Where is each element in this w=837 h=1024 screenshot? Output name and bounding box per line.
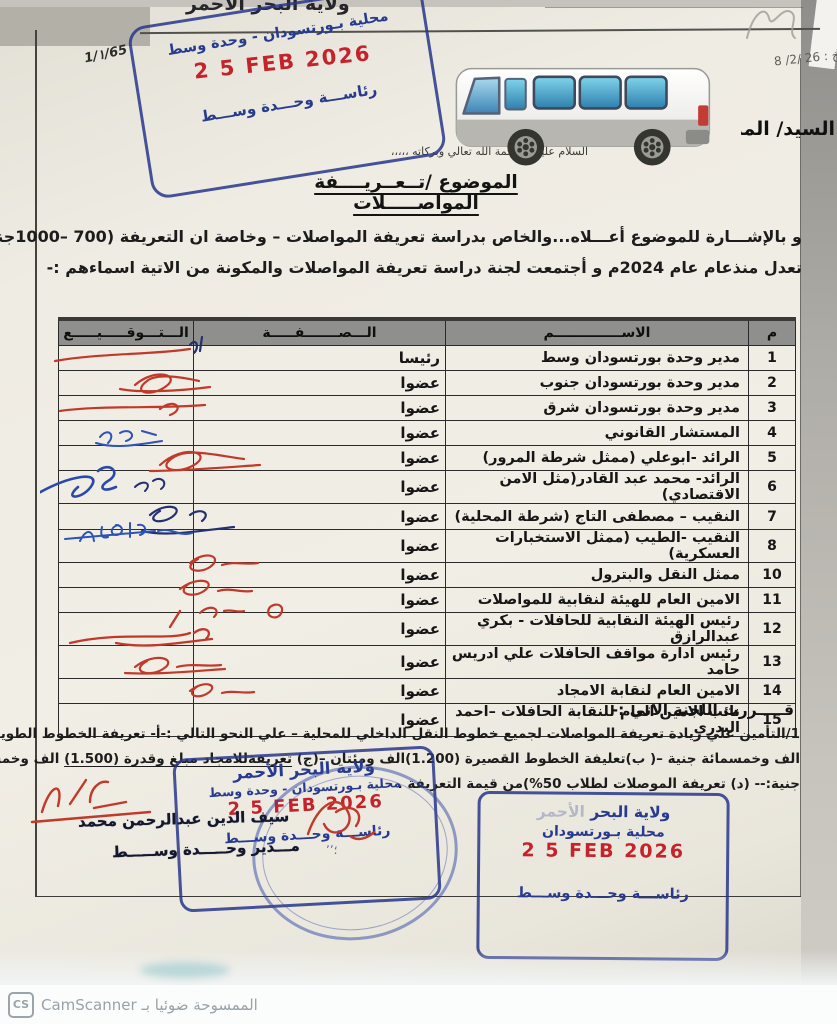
pencil-scribble xyxy=(735,0,811,48)
minibus-icon xyxy=(436,48,742,177)
body-paragraph: و بالإشـــارة للموضوع أعـــلاه...والخاص … xyxy=(42,221,802,283)
camscanner-bar: CS الممسوحة ضوئيا بـ CamScanner xyxy=(0,985,837,1024)
scan-smudge xyxy=(140,962,230,978)
stamp-date: 2 5 FEB 2026 xyxy=(521,839,685,862)
table-row: 1مدير وحدة بورتسودان وسطرئيسا xyxy=(59,346,796,371)
decision-line-1: 1/التأمين علي زيادة تعريفة المواصلات لجم… xyxy=(40,722,800,747)
header-no: م xyxy=(749,319,796,346)
decision-heading: قـــــررت اللجنة الاتي :- xyxy=(540,701,794,719)
subject-line: الموضوع /تــعــريــــفة المواصـــــلات xyxy=(283,172,549,214)
red-handwritten-date xyxy=(28,760,163,840)
office-stamp-top: محلية بـورتسودان - وحدة وسط 2 5 FEB 2026… xyxy=(126,0,448,200)
table-row: 13رئيس ادارة مواقف الحافلات علي ادريس حا… xyxy=(59,645,796,678)
table-row: 7النقيب – مصطفى التاج (شرطة المحلية)عضوا xyxy=(59,504,796,529)
table-row: 12رئيس الهيئة النقابية للحافلات - بكري ع… xyxy=(59,612,796,645)
table-row: 4المستشار القانونيعضوا xyxy=(59,421,796,446)
committee-table: م الاســــــــــــــم الـــصـــــــفــــ… xyxy=(58,317,796,737)
scan-right-edge xyxy=(801,0,837,1024)
stamp-state-line: ولاية البحر الأحمر xyxy=(480,802,726,822)
table-row: 14الامين العام لنقابة الامجادعضوا xyxy=(59,678,796,703)
table-row: 2مدير وحدة بورتسودان جنوبعضوا xyxy=(59,371,796,396)
stamp-presidency-line: رئاســـة وحـــدة وســـط xyxy=(480,885,726,903)
camscanner-text: الممسوحة ضوئيا بـ CamScanner xyxy=(41,996,258,1014)
handwritten-ref-number: 1/١/65 xyxy=(83,43,129,67)
office-stamp-bottom-right: ولاية البحر الأحمر محلية بـورتسودان 2 5 … xyxy=(476,791,729,961)
recipient-line: السيد/ المدير xyxy=(741,118,837,146)
scanned-document: ولاية البحر الأحمر محلية بـورتسودان - وح… xyxy=(0,0,837,1024)
body-line-2: تعدل منذعام عام 2024م و أجتمعت لجنة دراس… xyxy=(42,252,802,283)
table-row: 8النقيب -الطيب (ممثل الاستخبارات العسكري… xyxy=(59,529,796,562)
table-header-row: م الاســــــــــــــم الـــصـــــــفــــ… xyxy=(59,319,796,346)
table-row: 10ممثل النقل والبترولعضوا xyxy=(59,562,796,587)
scan-fade-band xyxy=(0,950,837,986)
rear-wheel xyxy=(634,129,671,166)
table-row: 6الرائد- محمد عبد القادر(مثل الامن الاقت… xyxy=(59,471,796,504)
camscanner-logo: CS xyxy=(8,992,34,1018)
table-row: 11الامين العام للهيئة لنقابية للمواصلاتع… xyxy=(59,587,796,612)
header-role: الـــصـــــــفـــــة xyxy=(194,319,446,346)
body-line-1: و بالإشـــارة للموضوع أعـــلاه...والخاص … xyxy=(42,221,802,252)
table-row: 5الرائد -ابوعلي (ممثل شرطة المرور)عضوا xyxy=(59,446,796,471)
header-name: الاســــــــــــــم xyxy=(446,319,749,346)
frame-line-right xyxy=(800,58,801,896)
red-signature-scribble xyxy=(288,772,388,857)
front-wheel xyxy=(507,129,544,166)
header-signature: الـــتـــوقـــــيـــــع xyxy=(59,319,194,346)
table-row: 3مدير وحدة بورتسودان شرقعضوا xyxy=(59,396,796,421)
